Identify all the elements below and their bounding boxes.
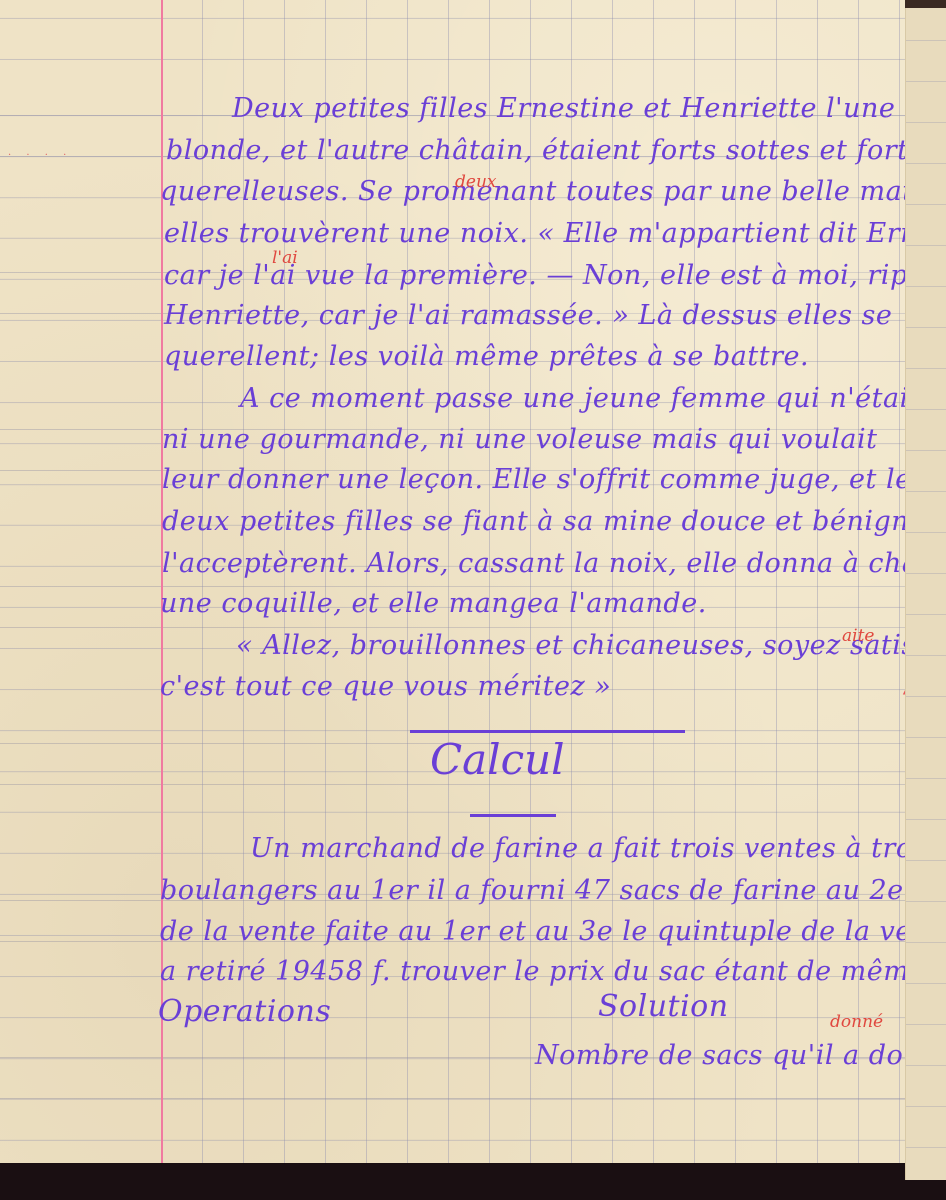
vertical-ruling [162,0,905,1163]
page-fold-edge [905,0,946,1180]
story-line-10: leur donner une leçon. Elle s'offrit com… [162,466,926,493]
story-line-15: c'est tout ce que vous méritez » [160,673,611,700]
title-bottom-rule [470,814,556,817]
correction-lai: l'ai [272,248,298,268]
story-line-11: deux petites filles se fiant à sa mine d… [162,508,926,535]
problem-line-2: boulangers au 1er il a fourni 47 sacs de… [160,877,946,904]
solution-correction: donné [830,1012,883,1032]
story-line-4: elles trouvèrent une noix. « Elle m'appa… [164,220,946,247]
section-title: Calcul [430,735,565,784]
correction-deux: deux [455,172,496,192]
story-line-2: blonde, et l'autre châtain, étaient fort… [166,137,908,164]
operations-label: Operations [158,997,331,1027]
problem-line-1: Un marchand de farine a fait trois vente… [250,835,936,862]
notebook-page: · · · · Deux petites filles Ernestine et… [0,0,905,1163]
story-line-7: querellent; les voilà même prêtes à se b… [164,343,809,370]
red-ink-specks: · · · · [8,150,72,161]
story-line-9: ni une gourmande, ni une voleuse mais qu… [162,426,877,453]
solution-line: Nombre de sacs qu'il a donnés [535,1042,946,1069]
story-line-1: Deux petites filles Ernestine et Henriet… [232,95,895,122]
problem-line-4: a retiré 19458 f. trouver le prix du sac… [160,958,946,985]
story-line-6: Henriette, car je l'ai ramassée. » Là de… [164,302,892,329]
correction-satisfaite: aite [842,626,874,646]
story-line-8: A ce moment passe une jeune femme qui n'… [240,385,920,412]
solution-label: Solution [598,992,729,1022]
binding-shadow [905,0,946,8]
story-line-13: une coquille, et elle mangea l'amande. [160,590,707,617]
problem-line-3: de la vente faite au 1er et au 3e le qui… [160,918,946,945]
story-line-14: « Allez, brouillonnes et chicaneuses, so… [236,632,946,659]
title-top-rule [410,730,685,733]
story-line-12: l'acceptèrent. Alors, cassant la noix, e… [162,550,946,577]
story-line-3: querelleuses. Se promenant toutes par un… [160,178,946,205]
margin-line [161,0,163,1163]
